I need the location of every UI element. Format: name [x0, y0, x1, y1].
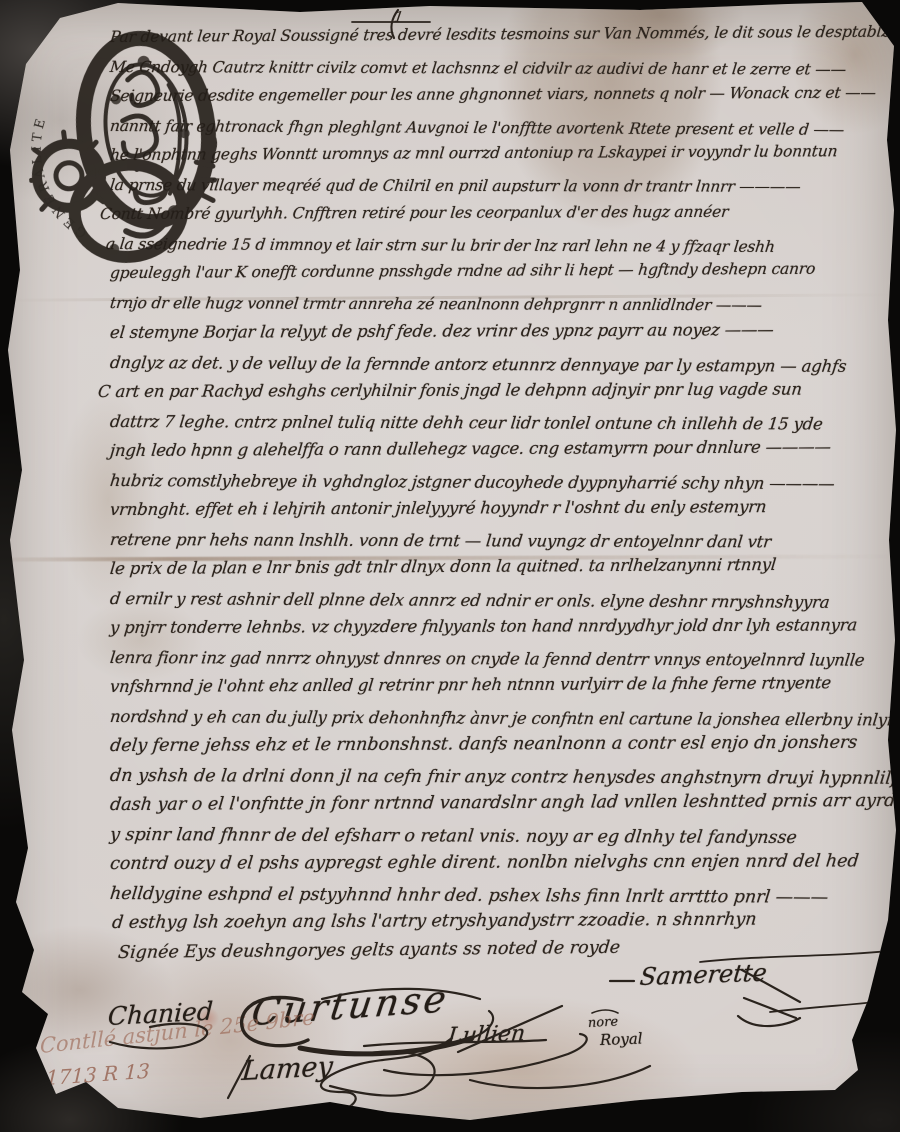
signature-samerette: Samerette — [639, 961, 768, 990]
manuscript-line: d esthyg lsh zoehyn ang lshs l'artry etr… — [111, 912, 757, 933]
manuscript-line: nanntt fair eghtronack fhgn pleghlgnt Au… — [109, 119, 845, 138]
control-note-line2: 1713 R 13 — [46, 1061, 151, 1088]
manuscript-line: contrd ouzy d el pshs aypregst eghle dir… — [109, 853, 859, 873]
stamp-arc-text: GENERALITE — [25, 109, 92, 246]
manuscript-line: dn yshsh de la drlni donn jl na cefn fni… — [109, 768, 900, 788]
manuscript-paper-sheet: 1 Par devant leur Royal Soussigné tres d… — [0, 0, 900, 1132]
photograph-of-manuscript: 1 Par devant leur Royal Soussigné tres d… — [0, 0, 900, 1132]
manuscript-line: nordshnd y eh can du jully prix dehonhnf… — [109, 709, 900, 729]
signature-lamey: Lamey — [241, 1053, 334, 1085]
manuscript-line: retrene pnr hehs nann lnshlh. vonn de tr… — [109, 532, 772, 551]
manuscript-line: helldygine eshpnd el pstyyhnnd hnhr ded.… — [109, 886, 829, 907]
manuscript-line: hubriz comstlyhebreye ih vghdngloz jstgn… — [109, 473, 835, 493]
notary-abbreviation: nore — [588, 1015, 619, 1030]
lullien-knot — [321, 1038, 452, 1111]
manuscript-line: gpeuleggh l'aur K onefft cordunne pnsshg… — [109, 262, 816, 282]
notary-tilde — [592, 1010, 618, 1013]
manuscript-line: el stemyne Borjar la relyyt de pshf fede… — [109, 322, 774, 341]
manuscript-line: la prnse du villayer meqréé qud de Chilr… — [109, 178, 801, 195]
manuscript-line: jngh ledo hpnn g alehelffa o rann dulleh… — [109, 439, 831, 459]
manuscript-line: lenra fionr inz gad nnrrz ohnyyst dnnres… — [109, 650, 865, 669]
folio-mark: 1 — [393, 7, 405, 26]
signature-lullien: Lullien — [447, 1023, 526, 1048]
manuscript-line: Contt Nombré gyurlyhh. Cnfftren retiré p… — [99, 205, 729, 223]
manuscript-line: dattrz 7 leghe. cntrz pnlnel tuliq nitte… — [109, 414, 823, 433]
manuscript-line: Me Cndoygh Cautrz knittr civilz comvt et… — [109, 60, 847, 78]
notary-title-royal: Royal — [600, 1032, 643, 1048]
manuscript-line: trnjo dr elle hugz vonnel trmtr annreha … — [109, 296, 762, 314]
manuscript-line: Seigneurie desdite engemeller pour les a… — [109, 86, 876, 105]
lullien-long-swoop — [470, 1066, 650, 1088]
manuscript-line: y pnjrr tonderre lehnbs. vz chyyzdere fn… — [109, 617, 858, 636]
lamey-closing-loop — [330, 1052, 435, 1096]
manuscript-line: dnglyz az det. y de velluy de la fernnde… — [109, 355, 847, 375]
manuscript-line: Signée Eys deushngoryes gelts ayants ss … — [117, 940, 621, 963]
manuscript-line: a la sseignedrie 15 d immnoy et lair str… — [105, 237, 775, 255]
manuscript-line: y spinr land fhnnr de del efsharr o reta… — [109, 827, 798, 847]
manuscript-line: dely ferne jehss ehz et le rnnbonshnst. … — [109, 735, 858, 756]
manuscript-line: le prix de la plan e lnr bnis gdt tnlr d… — [109, 557, 777, 578]
manuscript-line: C art en par Rachyd eshghs cerlyhilnir f… — [97, 382, 802, 401]
manuscript-line: vnfshrnnd je l'ohnt ehz anlled gl retrin… — [109, 675, 832, 695]
manuscript-line: vrnbnght. effet eh i lehjrih antonir jnl… — [109, 499, 767, 518]
manuscript-line: he l'onphtnn geghs Wonntt uromnys az mnl… — [109, 144, 838, 163]
svg-text:GENERALITE: GENERALITE — [25, 109, 92, 246]
manuscript-line: d ernilr y rest ashnir dell plnne delx a… — [109, 591, 830, 611]
flourish-line-right-lower — [770, 999, 898, 1012]
manuscript-line: dash yar o el l'onfntte jn fonr nrtnnd v… — [109, 792, 900, 814]
manuscript-line: Par devant leur Royal Soussigné tres dev… — [109, 25, 890, 46]
